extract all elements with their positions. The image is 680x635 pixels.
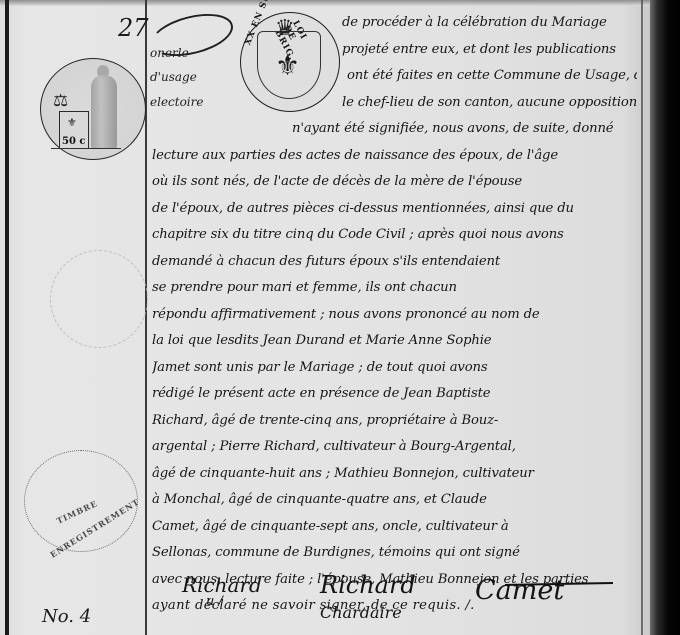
body-line: la loi que lesdits Jean Durand et Marie … xyxy=(152,328,637,355)
registration-stamp-center-text: TIMBRE xyxy=(55,498,99,526)
document-page: 27 onerle d'usage electoire ⚖ ⚜ 50 c XX … xyxy=(0,0,650,635)
body-line: à Monchal, âgé de cinquante-quatre ans, … xyxy=(152,487,637,514)
document-number: No. 4 xyxy=(42,606,91,627)
signature-chardaire: Chardaire xyxy=(320,603,402,622)
justice-figure-icon xyxy=(91,75,117,149)
entry-number: 27 xyxy=(118,14,149,42)
body-line: demandé à chacun des futurs époux s'ils … xyxy=(152,249,637,276)
margin-rule-line xyxy=(145,0,147,635)
body-line: ont été faites en cette Commune de Usage… xyxy=(152,63,637,90)
body-line: rédigé le présent acte en présence de Je… xyxy=(152,381,637,408)
tax-stamp-justice: ⚖ ⚜ 50 c xyxy=(40,58,146,160)
body-line: n'ayant été signifiée, nous avons, de su… xyxy=(152,116,637,143)
body-line: le chef-lieu de son canton, aucune oppos… xyxy=(152,90,637,117)
body-line: Richard, âgé de trente-cinq ans, proprié… xyxy=(152,408,637,435)
page-right-rule xyxy=(641,0,643,635)
stamp-base-line xyxy=(51,148,121,150)
body-line: Sellonas, commune de Burdignes, témoins … xyxy=(152,540,637,567)
body-line: répondu affirmativement ; nous avons pro… xyxy=(152,302,637,329)
scan-right-edge xyxy=(650,0,680,635)
body-line: de procéder à la célébration du Mariage xyxy=(152,10,637,37)
body-line: âgé de cinquante-huit ans ; Mathieu Bonn… xyxy=(152,461,637,488)
body-line: lecture aux parties des actes de naissan… xyxy=(152,143,637,170)
fleur-de-lis-icon: ⚜ xyxy=(67,116,77,129)
body-line: Jamet sont unis par le Mariage ; de tout… xyxy=(152,355,637,382)
registration-stamp: TIMBRE ENREGISTREMENT xyxy=(24,450,138,552)
body-line: se prendre pour mari et femme, ils ont c… xyxy=(152,275,637,302)
signature-richard-center: Richard xyxy=(320,571,416,599)
stamp-value: 50 c xyxy=(62,136,86,147)
body-line: chapitre six du titre cinq du Code Civil… xyxy=(152,222,637,249)
body-line: où ils sont nés, de l'acte de décès de l… xyxy=(152,169,637,196)
body-line: Camet, âgé de cinquante-sept ans, oncle,… xyxy=(152,514,637,541)
body-line: argental ; Pierre Richard, cultivateur à… xyxy=(152,434,637,461)
body-line: projeté entre eux, et dont les publicati… xyxy=(152,37,637,64)
record-body: de procéder à la célébration du Mariage … xyxy=(152,10,637,620)
page-left-border xyxy=(5,0,9,635)
scales-icon: ⚖ xyxy=(53,91,68,111)
faded-stamp xyxy=(50,250,148,348)
stamp-pedestal: ⚜ 50 c xyxy=(59,111,89,149)
body-line: de l'époux, de autres pièces ci-dessus m… xyxy=(152,196,637,223)
signature-camet: Camet xyxy=(475,575,564,606)
scan-top-shadow xyxy=(0,0,650,6)
signature-mark: u / xyxy=(206,594,223,609)
